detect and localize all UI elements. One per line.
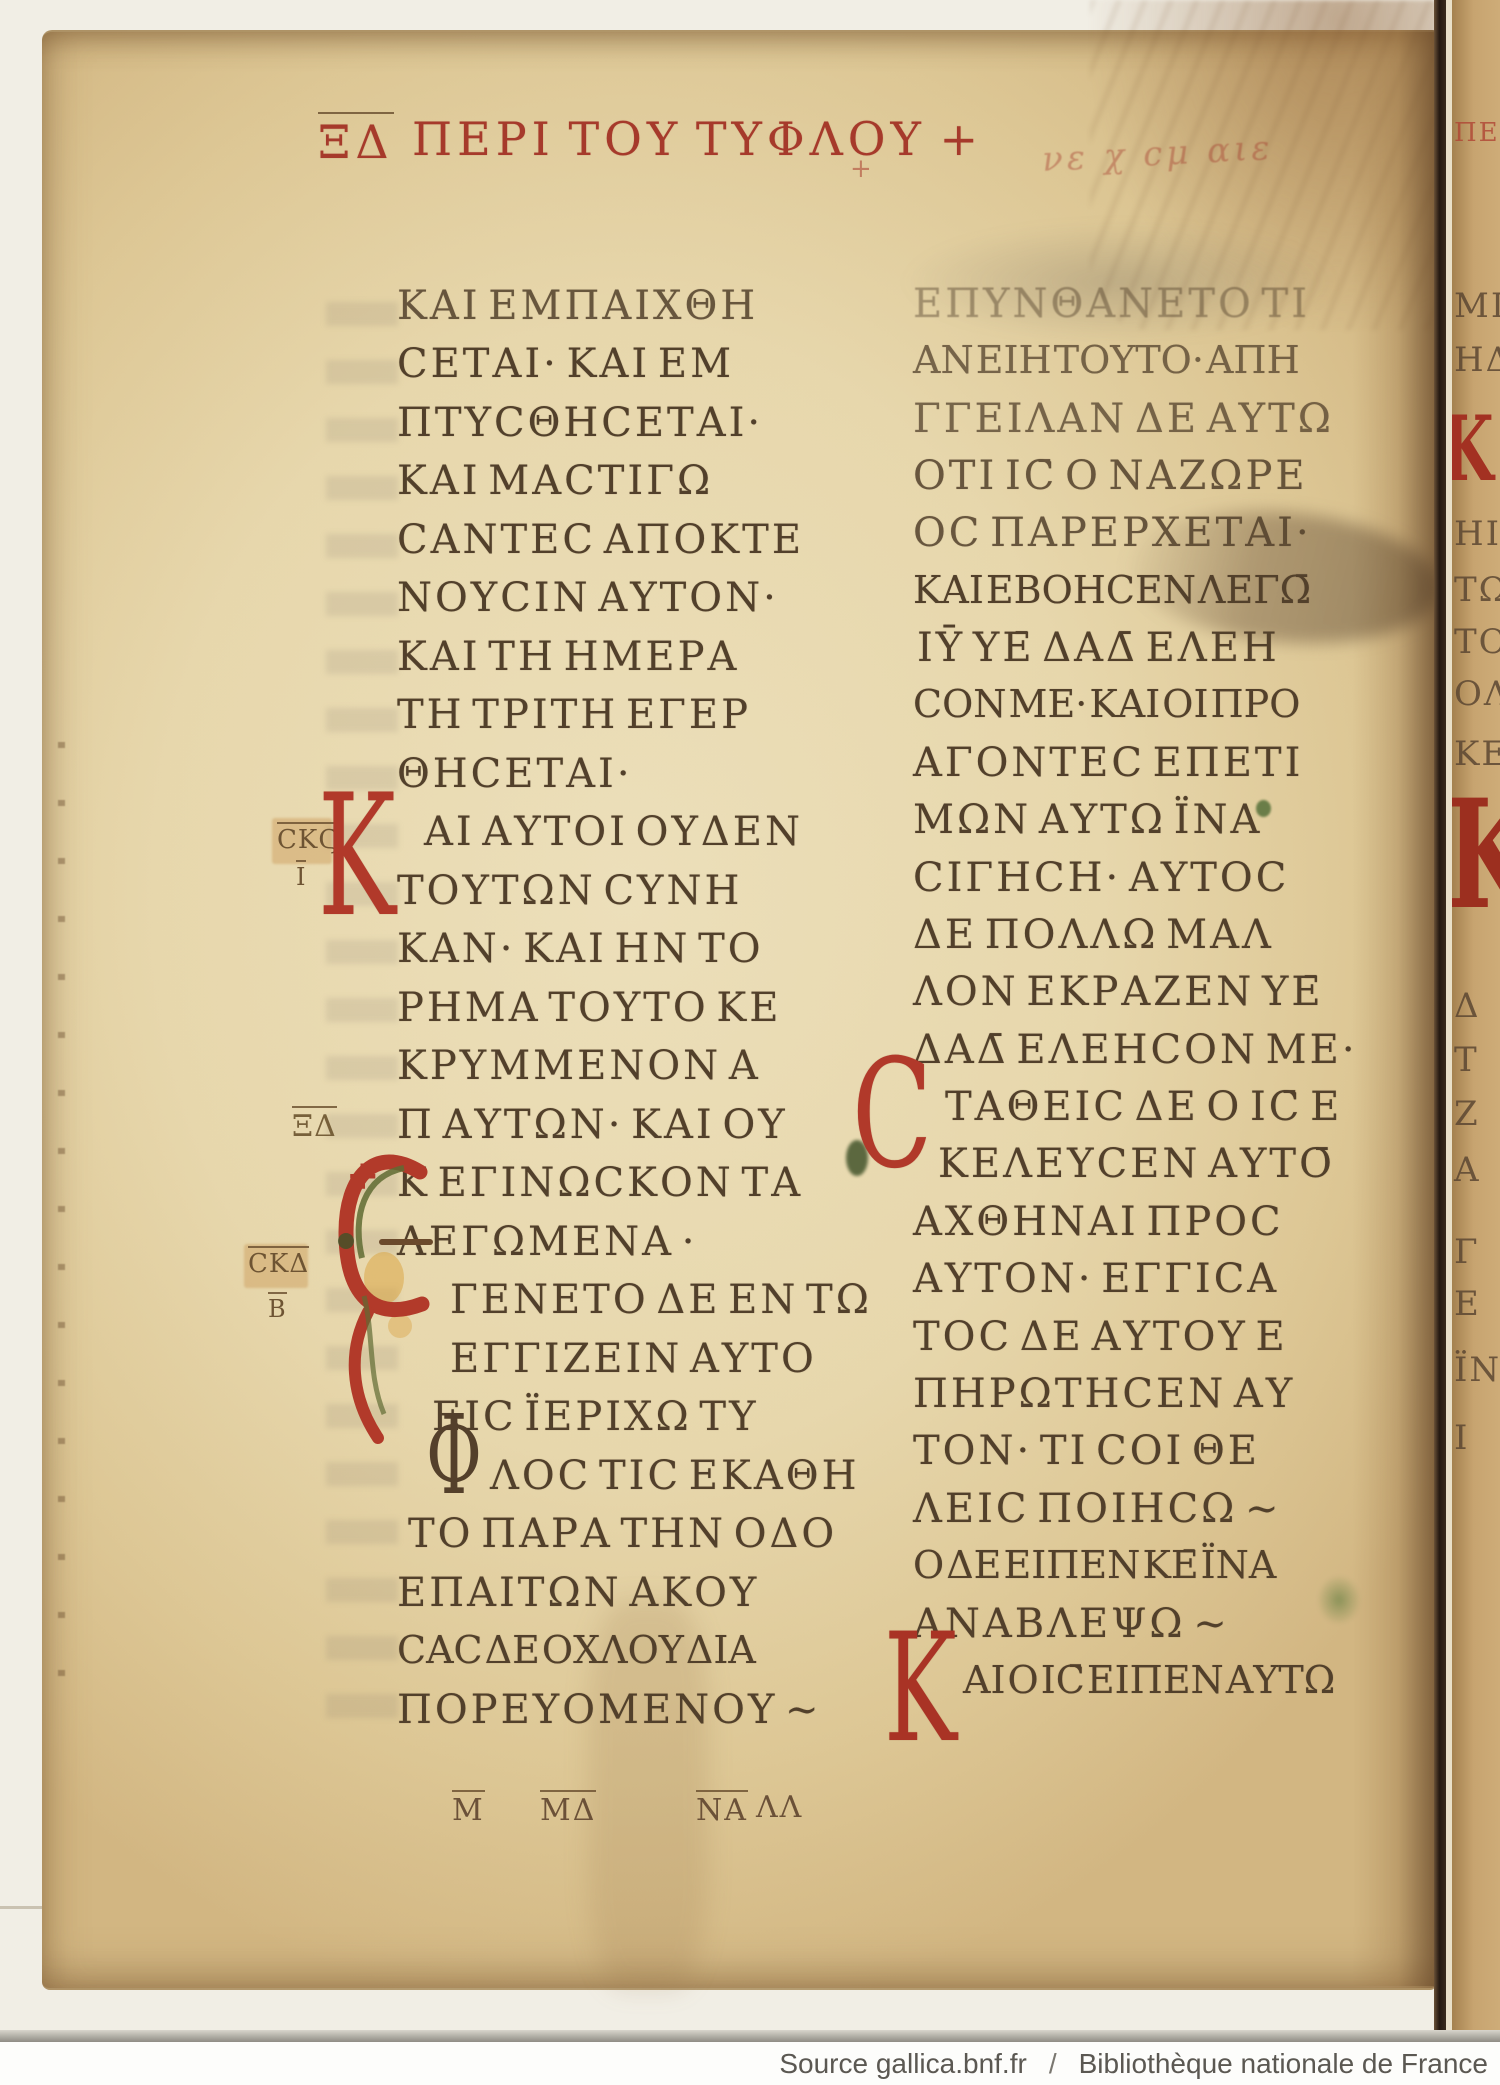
- red-cross-mark: +: [850, 154, 872, 184]
- digitized-manuscript-scan: ΞΔ ΠΕΡΙ ΤΟΥ ΤΥΦΛΟΥ + νε χ ϲμ αιε + ϹΚϚ Ι…: [0, 0, 1500, 2085]
- facing-fragment: Ι: [1454, 1418, 1469, 1458]
- text-line: ΛΟΝ ΕΚΡΑΖΕΝ ΥΕ̄: [913, 969, 1324, 1015]
- eusebian-canon-2: Β: [268, 1292, 287, 1323]
- text-line: ΚΑΙ ΤΗ ΗΜΕΡΑ: [397, 634, 739, 680]
- text-line: ΑΙ ΑΥΤΟΙ ΟΥΔΕΝ: [424, 809, 803, 855]
- initial-kappa-right: Κ: [884, 1614, 957, 1764]
- facing-fragment: ΗΔ: [1454, 340, 1500, 380]
- text-line: ΛΕΙϹ ΠΟΙΗϹΩ ∼: [913, 1486, 1282, 1532]
- kephalaion-number: ΞΔ: [292, 1106, 337, 1144]
- page-right-edge-shadow: [1352, 30, 1436, 1986]
- text-line: ΙῩ ΥΕ̄ ΔΑΔ̄ ΕΛΕΗ: [917, 625, 1280, 671]
- text-line: ΜΩΝ ΑΥΤΩ ΪΝΑ: [913, 797, 1262, 843]
- text-line: ΕΓΓΙΖΕΙΝ ΑΥΤΟ: [450, 1336, 817, 1382]
- chapter-number: ΞΔ: [318, 112, 394, 169]
- harmony-note: ΛΛ: [756, 1790, 803, 1825]
- ink-showthrough-ghost: [326, 268, 398, 1728]
- text-line: ΔΑΔ̄ ΕΛΕΗϹΟΝ ΜΕ·: [913, 1027, 1358, 1073]
- text-line: ΠΟΡΕΥΟΜΕΝΟΥ ∼: [397, 1687, 822, 1733]
- text-line: ΕΠΑΙΤΩΝ ΑΚΟΥ: [397, 1570, 759, 1616]
- text-line: ΓΕΝΕΤΟ ΔΕ ΕΝ ΤΩ: [450, 1277, 872, 1323]
- text-line: ΑΝΑΒΛΕΨΩ ∼: [913, 1601, 1230, 1647]
- text-line: ϹΟΝ ΜΕ· ΚΑΙ ΟΙ ΠΡΟ: [913, 682, 1300, 726]
- initial-epsilon-decorated: [334, 1146, 434, 1446]
- facing-fragment: ΪΝ: [1454, 1350, 1500, 1390]
- source-attribution-bar: Source gallica.bnf.fr / Bibliothèque nat…: [0, 2042, 1500, 2085]
- source-separator: /: [1049, 2048, 1057, 2080]
- facing-fragment: ΜΠ: [1454, 286, 1500, 326]
- prick-marks: [58, 690, 65, 1680]
- photo-bottom-edge: [0, 2030, 1500, 2042]
- facing-fragment: Δ: [1454, 986, 1481, 1026]
- text-line: ΑΥΤΟΝ· ΕΓΓΙϹΑ: [913, 1256, 1279, 1302]
- manuscript-photo: ΞΔ ΠΕΡΙ ΤΟΥ ΤΥΦΛΟΥ + νε χ ϲμ αιε + ϹΚϚ Ι…: [0, 0, 1500, 2036]
- text-line: ΡΗΜΑ ΤΟΥΤΟ ΚΕ: [397, 985, 782, 1031]
- harmony-note: ΝΑ: [696, 1790, 748, 1828]
- facing-initial-small: Κ: [1452, 404, 1494, 494]
- initial-phi-enlarged: Φ: [426, 1400, 482, 1510]
- text-line: ΑΝ ΕΙΗ ΤΟΥΤΟ· ΑΠΗ: [913, 338, 1300, 382]
- facing-fragment: ΟΛΑ: [1454, 674, 1500, 714]
- text-line: ΤΟΥΤΩΝ ϹΥΝΗ: [397, 868, 742, 914]
- text-line: ΤΑΘΕΙϹ ΔΕ Ο ΙϹ̄ Ε: [945, 1084, 1342, 1130]
- source-text: Source gallica.bnf.fr: [779, 2048, 1026, 2080]
- binding-gutter-shadow: [1434, 0, 1446, 2036]
- binding-gutter-highlight: [1446, 0, 1452, 2036]
- text-line: ΤΟΝ· ΤΙ ϹΟΙ ΘΕ: [913, 1428, 1260, 1474]
- text-line: ΤΟϹ ΔΕ ΑΥΤΟΥ Ε: [913, 1314, 1288, 1360]
- text-line: ϹΕΤΑΙ· ΚΑΙ ΕΜ: [397, 341, 734, 387]
- eusebian-canon-1: Ι: [296, 860, 306, 891]
- initial-sigma-right: Ϲ: [852, 1040, 932, 1190]
- harmony-note: ΜΔ: [540, 1790, 596, 1828]
- text-line: ΝΟΥϹΙΝ ΑΥΤΟΝ·: [397, 575, 779, 621]
- text-line: ΚΑΙ ΕΜΠΑΙΧΘΗ: [397, 283, 758, 329]
- facing-fragment: Ε: [1454, 1284, 1481, 1324]
- text-line: ϹΑϹ ΔΕ ΟΧΛΟΥ ΔΙΑ: [397, 1628, 756, 1672]
- facing-initial-large: Κ: [1452, 780, 1500, 930]
- text-line: ΚΑΙ ΜΑϹΤΙΓΩ: [397, 458, 713, 504]
- text-line: Ο ΔΕ ΕΙΠΕΝ ΚΕ̄ ΪΝΑ: [913, 1543, 1276, 1587]
- text-line: ΚΑΙ ΕΒΟΗϹΕΝ ΛΕΓΩ̄: [913, 568, 1311, 612]
- text-line: ΑΓΟΝΤΕϹ ΕΠΕΤΙ: [913, 740, 1303, 786]
- facing-page-sliver: ΠΕΡ ΜΠ ΗΔ Κ ΗΙϹ ΤΩ ΤΟΙ ΟΛΑ ΚΕΙ Κ Δ Τ Ζ Α…: [1452, 0, 1500, 2036]
- text-line: ΔΕ ΠΟΛΛΩ ΜΑΛ: [913, 912, 1274, 958]
- text-line: ΚΡΥΜΜΕΝΟΝ Α: [397, 1043, 761, 1089]
- facing-fragment: Α: [1454, 1150, 1481, 1190]
- green-stain-large: [1318, 1576, 1360, 1624]
- text-line: ΚΕΛΕΥϹΕΝ ΑΥΤΟ̄: [938, 1141, 1335, 1187]
- text-line: ΕΠΥΝΘΑΝΕΤΟ ΤΙ: [913, 281, 1310, 327]
- facing-fragment: Ζ: [1454, 1094, 1480, 1134]
- harmony-note: Μ: [452, 1790, 485, 1828]
- text-line: ΚΑΝ· ΚΑΙ ΗΝ ΤΟ: [397, 926, 764, 972]
- facing-rubric: ΠΕΡ: [1454, 118, 1500, 148]
- text-line: ΠΗΡΩΤΗϹΕΝ ΑΥ: [913, 1371, 1295, 1417]
- text-line: ΓΓΕΙΛΑΝ ΔΕ ΑΥΤΩ: [913, 396, 1334, 442]
- text-line: Κ ΕΓΙΝΩϹΚΟΝ ΤΑ: [397, 1160, 803, 1206]
- text-line: ΟΤΙ ΙϹ̄ Ο ΝΑΖΩΡΕ: [913, 453, 1308, 499]
- page-title: ΠΕΡΙ ΤΟΥ ΤΥΦΛΟΥ +: [412, 112, 983, 166]
- ammonian-section-2: ϹΚΔ: [248, 1246, 309, 1279]
- facing-fragment: ΤΟΙ: [1454, 622, 1500, 662]
- mat-crease-line: [0, 1906, 42, 1909]
- text-line: ΟϹ ΠΑΡΕΡΧΕΤΑΙ·: [913, 510, 1312, 556]
- text-line: ϹΙΓΗϹΗ· ΑΥΤΟϹ: [913, 855, 1289, 901]
- text-line: ΛΟϹ ΤΙϹ ΕΚΑΘΗ: [490, 1453, 859, 1499]
- initial-kappa-left: Κ: [318, 772, 396, 940]
- text-line: ΠΤΥϹΘΗϹΕΤΑΙ·: [397, 400, 763, 446]
- text-line: ϹΑΝΤΕϹ ΑΠΟΚΤΕ: [397, 517, 804, 563]
- text-line: Π ΑΥΤΩΝ· ΚΑΙ ΟΥ: [397, 1102, 788, 1148]
- facing-fragment: ΗΙϹ: [1454, 514, 1500, 554]
- facing-fragment: Τ: [1454, 1040, 1479, 1080]
- facing-fragment: ΤΩ: [1454, 570, 1500, 610]
- text-line: ΑΧΘΗΝΑΙ ΠΡΟϹ: [913, 1199, 1284, 1245]
- facing-fragment: Γ: [1454, 1232, 1480, 1272]
- text-line: ΑΙ Ο ΙϹ̄ ΕΙΠΕΝ ΑΥΤΩ: [963, 1658, 1335, 1702]
- text-line: ΘΗϹΕΤΑΙ·: [397, 751, 633, 797]
- text-line: ΛΕΓΩΜΕΝΑ ·: [397, 1219, 697, 1265]
- institution-text: Bibliothèque nationale de France: [1079, 2048, 1488, 2080]
- text-line: ΤΗ ΤΡΙΤΗ ΕΓΕΡ: [397, 692, 751, 738]
